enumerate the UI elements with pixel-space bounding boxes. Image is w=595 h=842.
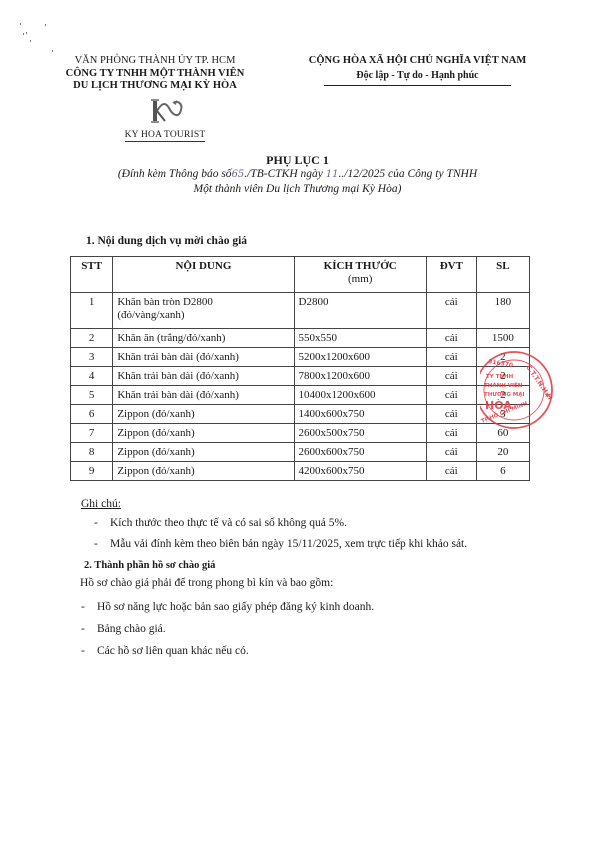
company-logo: KY HOA TOURIST xyxy=(105,98,225,142)
table-row: 5 Khăn trải bàn dài (đỏ/xanh) 10400x1200… xyxy=(71,386,530,405)
cell-size: 2600x500x750 xyxy=(294,424,426,443)
cell-unit: cái xyxy=(426,405,476,424)
page-title: PHỤ LỤC 1 xyxy=(60,153,535,168)
cell-content: Khăn ăn (trắng/đỏ/xanh) xyxy=(113,329,294,348)
table-row: 4 Khăn trải bàn dài (đỏ/xanh) 7800x1200x… xyxy=(71,367,530,386)
bullet-dash: - xyxy=(81,645,85,657)
requirement-text: Bảng chào giá. xyxy=(97,623,166,635)
col-stt: STT xyxy=(71,257,113,293)
bullet-dash: - xyxy=(94,538,98,550)
page-subtitle: (Đính kèm Thông báo số65./TB-CTKH ngày 1… xyxy=(60,167,535,197)
cell-qty: 20 xyxy=(476,443,529,462)
organization-header: VĂN PHÒNG THÀNH ỦY TP. HCM CÔNG TY TNHH … xyxy=(60,55,250,93)
company-name-line2: DU LỊCH THƯƠNG MẠI KỲ HÒA xyxy=(60,80,250,93)
table-row: 3 Khăn trải bàn dài (đỏ/xanh) 5200x1200x… xyxy=(71,348,530,367)
cell-stt: 2 xyxy=(71,329,113,348)
cell-content: Khăn trải bàn dài (đỏ/xanh) xyxy=(113,367,294,386)
cell-content: Zippon (đỏ/xanh) xyxy=(113,443,294,462)
seal-line-1: TY TNHH xyxy=(486,374,514,380)
cell-unit: cái xyxy=(426,462,476,481)
cell-content-line2: (đỏ/vàng/xanh) xyxy=(117,309,289,322)
col-size-label: KÍCH THƯỚC xyxy=(324,260,397,272)
cell-unit: cái xyxy=(426,443,476,462)
table-row: 2 Khăn ăn (trắng/đỏ/xanh) 550x550 cái 15… xyxy=(71,329,530,348)
national-header: CỘNG HÒA XÃ HỘI CHỦ NGHĨA VIỆT NAM Độc l… xyxy=(295,55,540,86)
country-name: CỘNG HÒA XÃ HỘI CHỦ NGHĨA VIỆT NAM xyxy=(295,55,540,68)
table-row: 8 Zippon (đỏ/xanh) 2600x600x750 cái 20 xyxy=(71,443,530,462)
cell-unit: cái xyxy=(426,293,476,329)
cell-size: 550x550 xyxy=(294,329,426,348)
handwritten-day: 11 xyxy=(326,169,339,180)
cell-unit: cái xyxy=(426,386,476,405)
cell-size: 2600x600x750 xyxy=(294,443,426,462)
col-qty: SL xyxy=(476,257,529,293)
cell-unit: cái xyxy=(426,348,476,367)
cell-size: D2800 xyxy=(294,293,426,329)
cell-size: 1400x600x750 xyxy=(294,405,426,424)
col-content: NỘI DUNG xyxy=(113,257,294,293)
cell-size: 10400x1200x600 xyxy=(294,386,426,405)
seal-star: ★ xyxy=(544,391,550,399)
seal-code: 316370 xyxy=(488,358,514,369)
cell-stt: 4 xyxy=(71,367,113,386)
notes-label: Ghi chú: xyxy=(81,498,121,510)
bullet-dash: - xyxy=(94,517,98,529)
cell-qty: 1500 xyxy=(476,329,529,348)
requirement-text: Các hồ sơ liên quan khác nếu có. xyxy=(97,645,249,657)
services-table: STT NỘI DUNG KÍCH THƯỚC (mm) ĐVT SL 1 Kh… xyxy=(70,256,530,481)
table-row: 7 Zippon (đỏ/xanh) 2600x500x750 cái 60 xyxy=(71,424,530,443)
cell-content: Zippon (đỏ/xanh) xyxy=(113,462,294,481)
table-row: 1 Khăn bàn tròn D2800 (đỏ/vàng/xanh) D28… xyxy=(71,293,530,329)
seal-line-2: THÀNH VIÊN xyxy=(484,381,523,389)
ky-hoa-logo-icon xyxy=(143,98,187,124)
cell-content: Khăn bàn tròn D2800 (đỏ/vàng/xanh) xyxy=(113,293,294,329)
cell-size: 5200x1200x600 xyxy=(294,348,426,367)
table-row: 9 Zippon (đỏ/xanh) 4200x600x750 cái 6 xyxy=(71,462,530,481)
note-text: Mẫu vải đính kèm theo biên bản ngày 15/1… xyxy=(110,538,467,550)
cell-stt: 5 xyxy=(71,386,113,405)
section-1-heading: 1. Nội dung dịch vụ mời chào giá xyxy=(86,235,247,247)
cell-content-line1: Khăn bàn tròn D2800 xyxy=(117,296,289,309)
cell-content: Khăn trải bàn dài (đỏ/xanh) xyxy=(113,348,294,367)
cell-stt: 1 xyxy=(71,293,113,329)
col-size-unit: (mm) xyxy=(299,273,422,286)
cell-unit: cái xyxy=(426,329,476,348)
requirement-text: Hồ sơ năng lực hoặc bản sao giấy phép đă… xyxy=(97,601,374,613)
subtitle-prefix: (Đính kèm Thông báo số xyxy=(118,168,232,180)
cell-content: Zippon (đỏ/xanh) xyxy=(113,405,294,424)
cell-unit: cái xyxy=(426,367,476,386)
section-2-heading: 2. Thành phần hồ sơ chào giá xyxy=(84,560,215,571)
section-2-intro: Hồ sơ chào giá phải để trong phong bì kí… xyxy=(80,577,333,589)
cell-content: Khăn trải bàn dài (đỏ/xanh) xyxy=(113,386,294,405)
col-unit: ĐVT xyxy=(426,257,476,293)
cell-stt: 9 xyxy=(71,462,113,481)
cell-size: 4200x600x750 xyxy=(294,462,426,481)
handwritten-number: 65 xyxy=(232,169,245,180)
subtitle-mid: ./TB-CTKH ngày xyxy=(244,168,323,180)
note-text: Kích thước theo thực tế và có sai số khô… xyxy=(110,517,347,529)
cell-size: 7800x1200x600 xyxy=(294,367,426,386)
table-row: 6 Zippon (đỏ/xanh) 1400x600x750 cái 3 xyxy=(71,405,530,424)
national-motto: Độc lập - Tự do - Hạnh phúc xyxy=(324,70,510,87)
logo-text: KY HOA TOURIST xyxy=(125,130,206,142)
parent-office: VĂN PHÒNG THÀNH ỦY TP. HCM xyxy=(60,55,250,68)
cell-unit: cái xyxy=(426,424,476,443)
cell-stt: 7 xyxy=(71,424,113,443)
company-seal-icon: 316370 C.T.T.N.H.H TY TNHH THÀNH VIÊN TH… xyxy=(480,349,562,431)
cell-qty: 180 xyxy=(476,293,529,329)
cell-content: Zippon (đỏ/xanh) xyxy=(113,424,294,443)
cell-qty: 6 xyxy=(476,462,529,481)
seal-line-3: THƯƠNG MẠI xyxy=(484,392,525,398)
cell-stt: 8 xyxy=(71,443,113,462)
company-name-line1: CÔNG TY TNHH MỘT THÀNH VIÊN xyxy=(60,68,250,81)
subtitle-suffix: ../12/2025 của Công ty TNHH xyxy=(339,168,478,180)
subtitle-line2: Một thành viên Du lịch Thương mại Kỳ Hòa… xyxy=(60,182,535,197)
table-header-row: STT NỘI DUNG KÍCH THƯỚC (mm) ĐVT SL xyxy=(71,257,530,293)
bullet-dash: - xyxy=(81,601,85,613)
col-size: KÍCH THƯỚC (mm) xyxy=(294,257,426,293)
bullet-dash: - xyxy=(81,623,85,635)
cell-stt: 3 xyxy=(71,348,113,367)
cell-stt: 6 xyxy=(71,405,113,424)
